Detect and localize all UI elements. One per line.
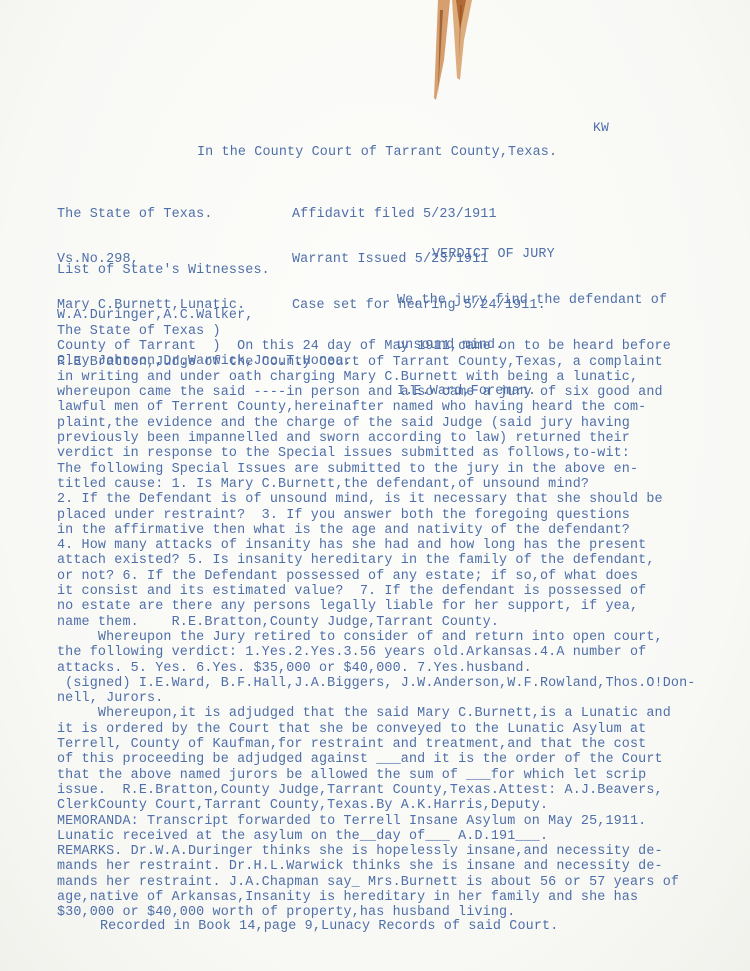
body-line: mands her restraint. Dr.H.L.Warwick thin… xyxy=(57,859,695,874)
court-title: In the County Court of Tarrant County,Te… xyxy=(197,145,557,160)
body-line: that the above named jurors be allowed t… xyxy=(57,768,695,783)
body-line: placed under restraint? 3. If you answer… xyxy=(57,508,695,523)
body-line: whereupon came the said ----in person an… xyxy=(57,385,695,400)
body-line: 4. How many attacks of insanity has she … xyxy=(57,538,695,553)
verdict-line: We,the jury find the defendant of xyxy=(397,293,667,308)
body-line: of this proceeding be adjudged against _… xyxy=(57,752,695,767)
body-line: ClerkCounty Court,Tarrant County,Texas.B… xyxy=(57,798,695,813)
body-line: issue. R.E.Bratton,County Judge,Tarrant … xyxy=(57,783,695,798)
body-line: 2. If the Defendant is of unsound mind, … xyxy=(57,492,695,507)
body-line: attach existed? 5. Is insanity hereditar… xyxy=(57,553,695,568)
body-line: attacks. 5. Yes. 6.Yes. $35,000 or $40,0… xyxy=(57,661,695,676)
body-line: lawful men of Terrent County,hereinafter… xyxy=(57,400,695,415)
witness-line: List of State's Witnesses. xyxy=(57,263,352,278)
body-line: in the affirmative then what is the age … xyxy=(57,523,695,538)
body-line: it is ordered by the Court that she be c… xyxy=(57,722,695,737)
body-line: Whereupon the Jury retired to consider o… xyxy=(57,630,695,645)
body-line: nell, Jurors. xyxy=(57,691,695,706)
document-page: KW In the County Court of Tarrant County… xyxy=(0,0,750,971)
body-line: age,native of Arkansas,Insanity is hered… xyxy=(57,890,695,905)
body-line: no estate are there any persons legally … xyxy=(57,599,695,614)
body-line: MEMORANDA: Transcript forwarded to Terre… xyxy=(57,814,695,829)
body-line: name them. R.E.Bratton,County Judge,Tarr… xyxy=(57,615,695,630)
body-line: Whereupon,it is adjudged that the said M… xyxy=(57,706,695,721)
verdict-heading: VERDICT OF JURY xyxy=(432,247,555,262)
rust-stain-mark xyxy=(430,0,490,110)
body-line: mands her restraint. J.A.Chapman say_ Mr… xyxy=(57,875,695,890)
proceedings-body: The State of Texas )County of Tarrant ) … xyxy=(57,324,695,921)
body-line: R.E.Bratton,Judge of the County Court of… xyxy=(57,355,695,370)
recording-note: Recorded in Book 14,page 9,Lunacy Record… xyxy=(100,919,558,934)
body-line: it consist and its estimated value? 7. I… xyxy=(57,584,695,599)
caption-line: The State of Texas. xyxy=(57,207,245,222)
date-line: Affidavit filed 5/23/1911 xyxy=(292,207,546,222)
body-line: the following verdict: 1.Yes.2.Yes.3.56 … xyxy=(57,645,695,660)
body-line: The following Special Issues are submitt… xyxy=(57,462,695,477)
body-line: (signed) I.E.Ward, B.F.Hall,J.A.Biggers,… xyxy=(57,676,695,691)
initials-mark: KW xyxy=(593,120,609,135)
body-line: titled cause: 1. Is Mary C.Burnett,the d… xyxy=(57,477,695,492)
body-line: plaint,the evidence and the charge of th… xyxy=(57,416,695,431)
body-line: Lunatic received at the asylum on the__d… xyxy=(57,829,695,844)
body-line: previously been impannelled and sworn ac… xyxy=(57,431,695,446)
body-line: in writing and under oath charging Mary … xyxy=(57,370,695,385)
body-line: REMARKS. Dr.W.A.Duringer thinks she is h… xyxy=(57,844,695,859)
body-line: verdict in response to the Special issue… xyxy=(57,446,695,461)
body-line: or not? 6. If the Defendant possessed of… xyxy=(57,569,695,584)
body-line: Terrell, County of Kaufman,for restraint… xyxy=(57,737,695,752)
body-line: County of Tarrant ) On this 24 day of Ma… xyxy=(57,339,695,354)
body-line: The State of Texas ) xyxy=(57,324,695,339)
witness-line: W.A.Duringer,A.C.Walker, xyxy=(57,308,352,323)
